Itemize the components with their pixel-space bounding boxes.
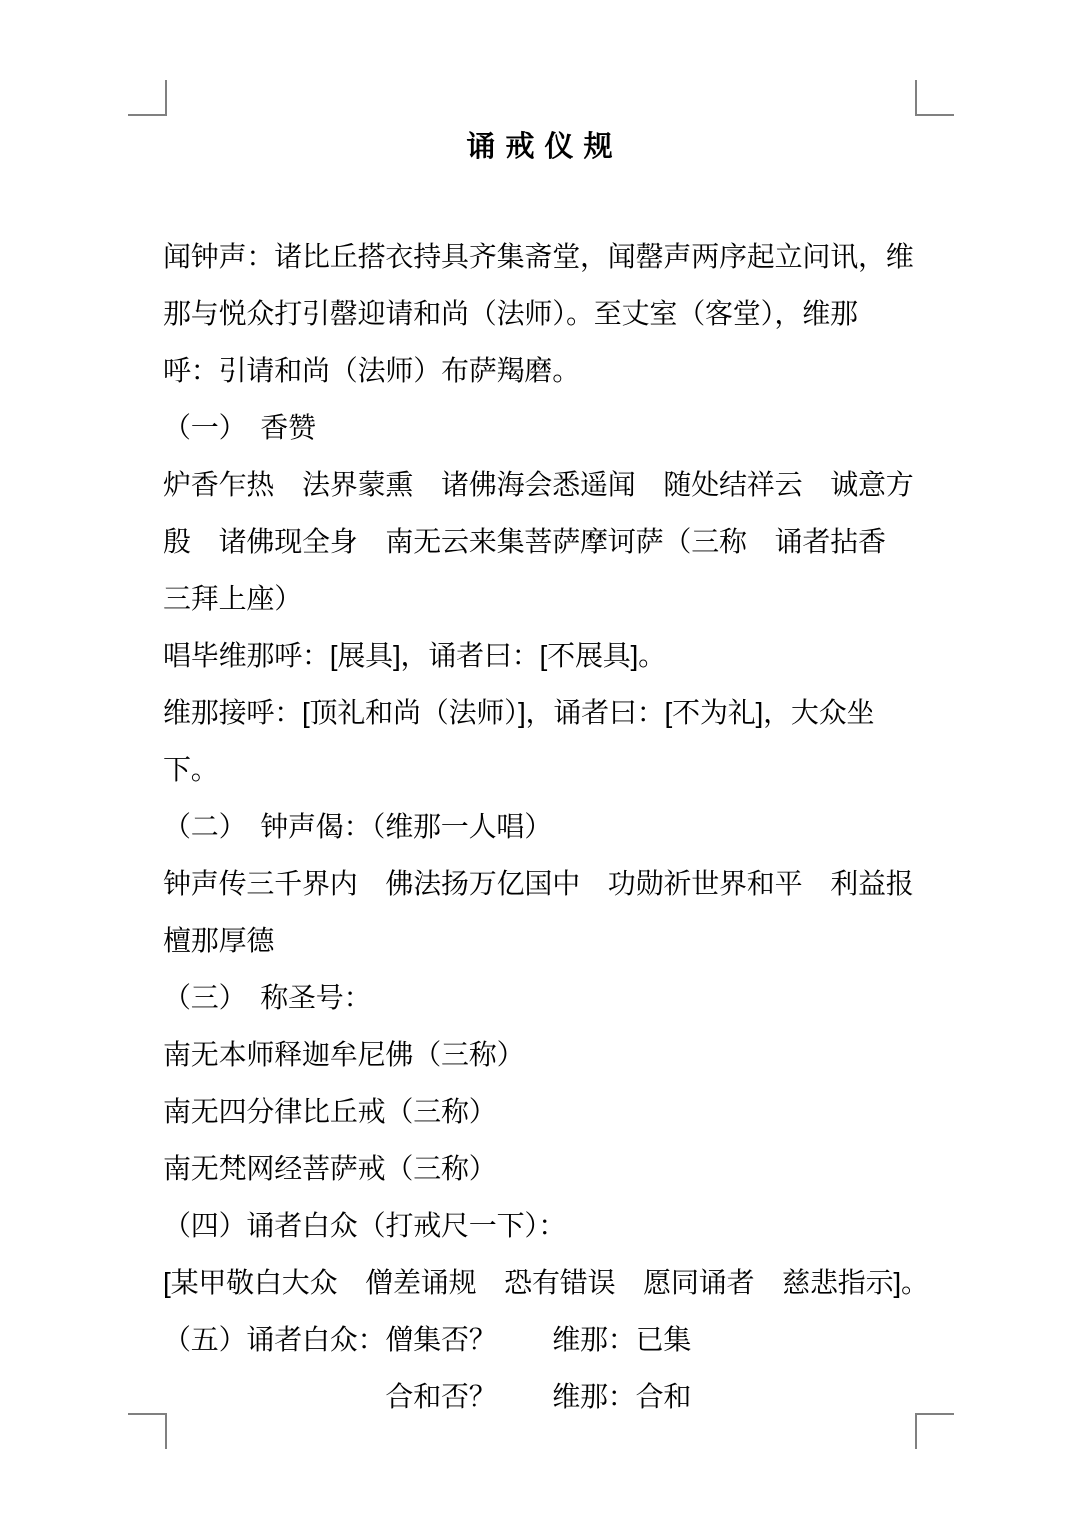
document-body: 闻钟声：诸比丘搭衣持具齐集斋堂，闻罄声两序起立问讯，维那与悦众打引罄迎请和尚（法… — [163, 228, 919, 1425]
text-line: [某甲敬白大众 僧差诵规 恐有错误 愿同诵者 慈悲指示]。 — [163, 1254, 919, 1311]
text-line: 下。 — [163, 741, 919, 798]
crop-mark-bottom-right — [915, 1413, 954, 1449]
text-line: 南无本师释迦牟尼佛（三称） — [163, 1026, 919, 1083]
text-line: 檀那厚德 — [163, 912, 919, 969]
text-line: 闻钟声：诸比丘搭衣持具齐集斋堂，闻罄声两序起立问讯，维 — [163, 228, 919, 285]
crop-mark-top-left — [128, 80, 167, 116]
text-line: （四）诵者白众（打戒尺一下）： — [163, 1197, 919, 1254]
text-line: （二） 钟声偈：（维那一人唱） — [163, 798, 919, 855]
document-title: 诵 戒 仪 规 — [0, 124, 1080, 165]
text-line: 合和否？ 维那：合和 — [163, 1368, 919, 1425]
text-line: 炉香乍热 法界蒙熏 诸佛海会悉遥闻 随处结祥云 诚意方 — [163, 456, 919, 513]
text-line: 维那接呼：[顶礼和尚（法师）]，诵者曰：[不为礼]，大众坐 — [163, 684, 919, 741]
text-line: 南无梵网经菩萨戒（三称） — [163, 1140, 919, 1197]
crop-mark-top-right — [915, 80, 954, 116]
text-line: 那与悦众打引罄迎请和尚（法师）。至丈室（客堂），维那 — [163, 285, 919, 342]
crop-mark-bottom-left — [128, 1413, 167, 1449]
text-line: 钟声传三千界内 佛法扬万亿国中 功勋祈世界和平 利益报 — [163, 855, 919, 912]
text-line: （五）诵者白众：僧集否？ 维那：已集 — [163, 1311, 919, 1368]
text-line: 南无四分律比丘戒（三称） — [163, 1083, 919, 1140]
text-line: 唱毕维那呼：[展具]，诵者曰：[不展具]。 — [163, 627, 919, 684]
text-line: （三） 称圣号： — [163, 969, 919, 1026]
text-line: 呼：引请和尚（法师）布萨羯磨。 — [163, 342, 919, 399]
text-line: （一） 香赞 — [163, 399, 919, 456]
text-line: 三拜上座） — [163, 570, 919, 627]
text-line: 殷 诸佛现全身 南无云来集菩萨摩诃萨（三称 诵者拈香 — [163, 513, 919, 570]
document-page: 诵 戒 仪 规 闻钟声：诸比丘搭衣持具齐集斋堂，闻罄声两序起立问讯，维那与悦众打… — [0, 0, 1080, 1522]
